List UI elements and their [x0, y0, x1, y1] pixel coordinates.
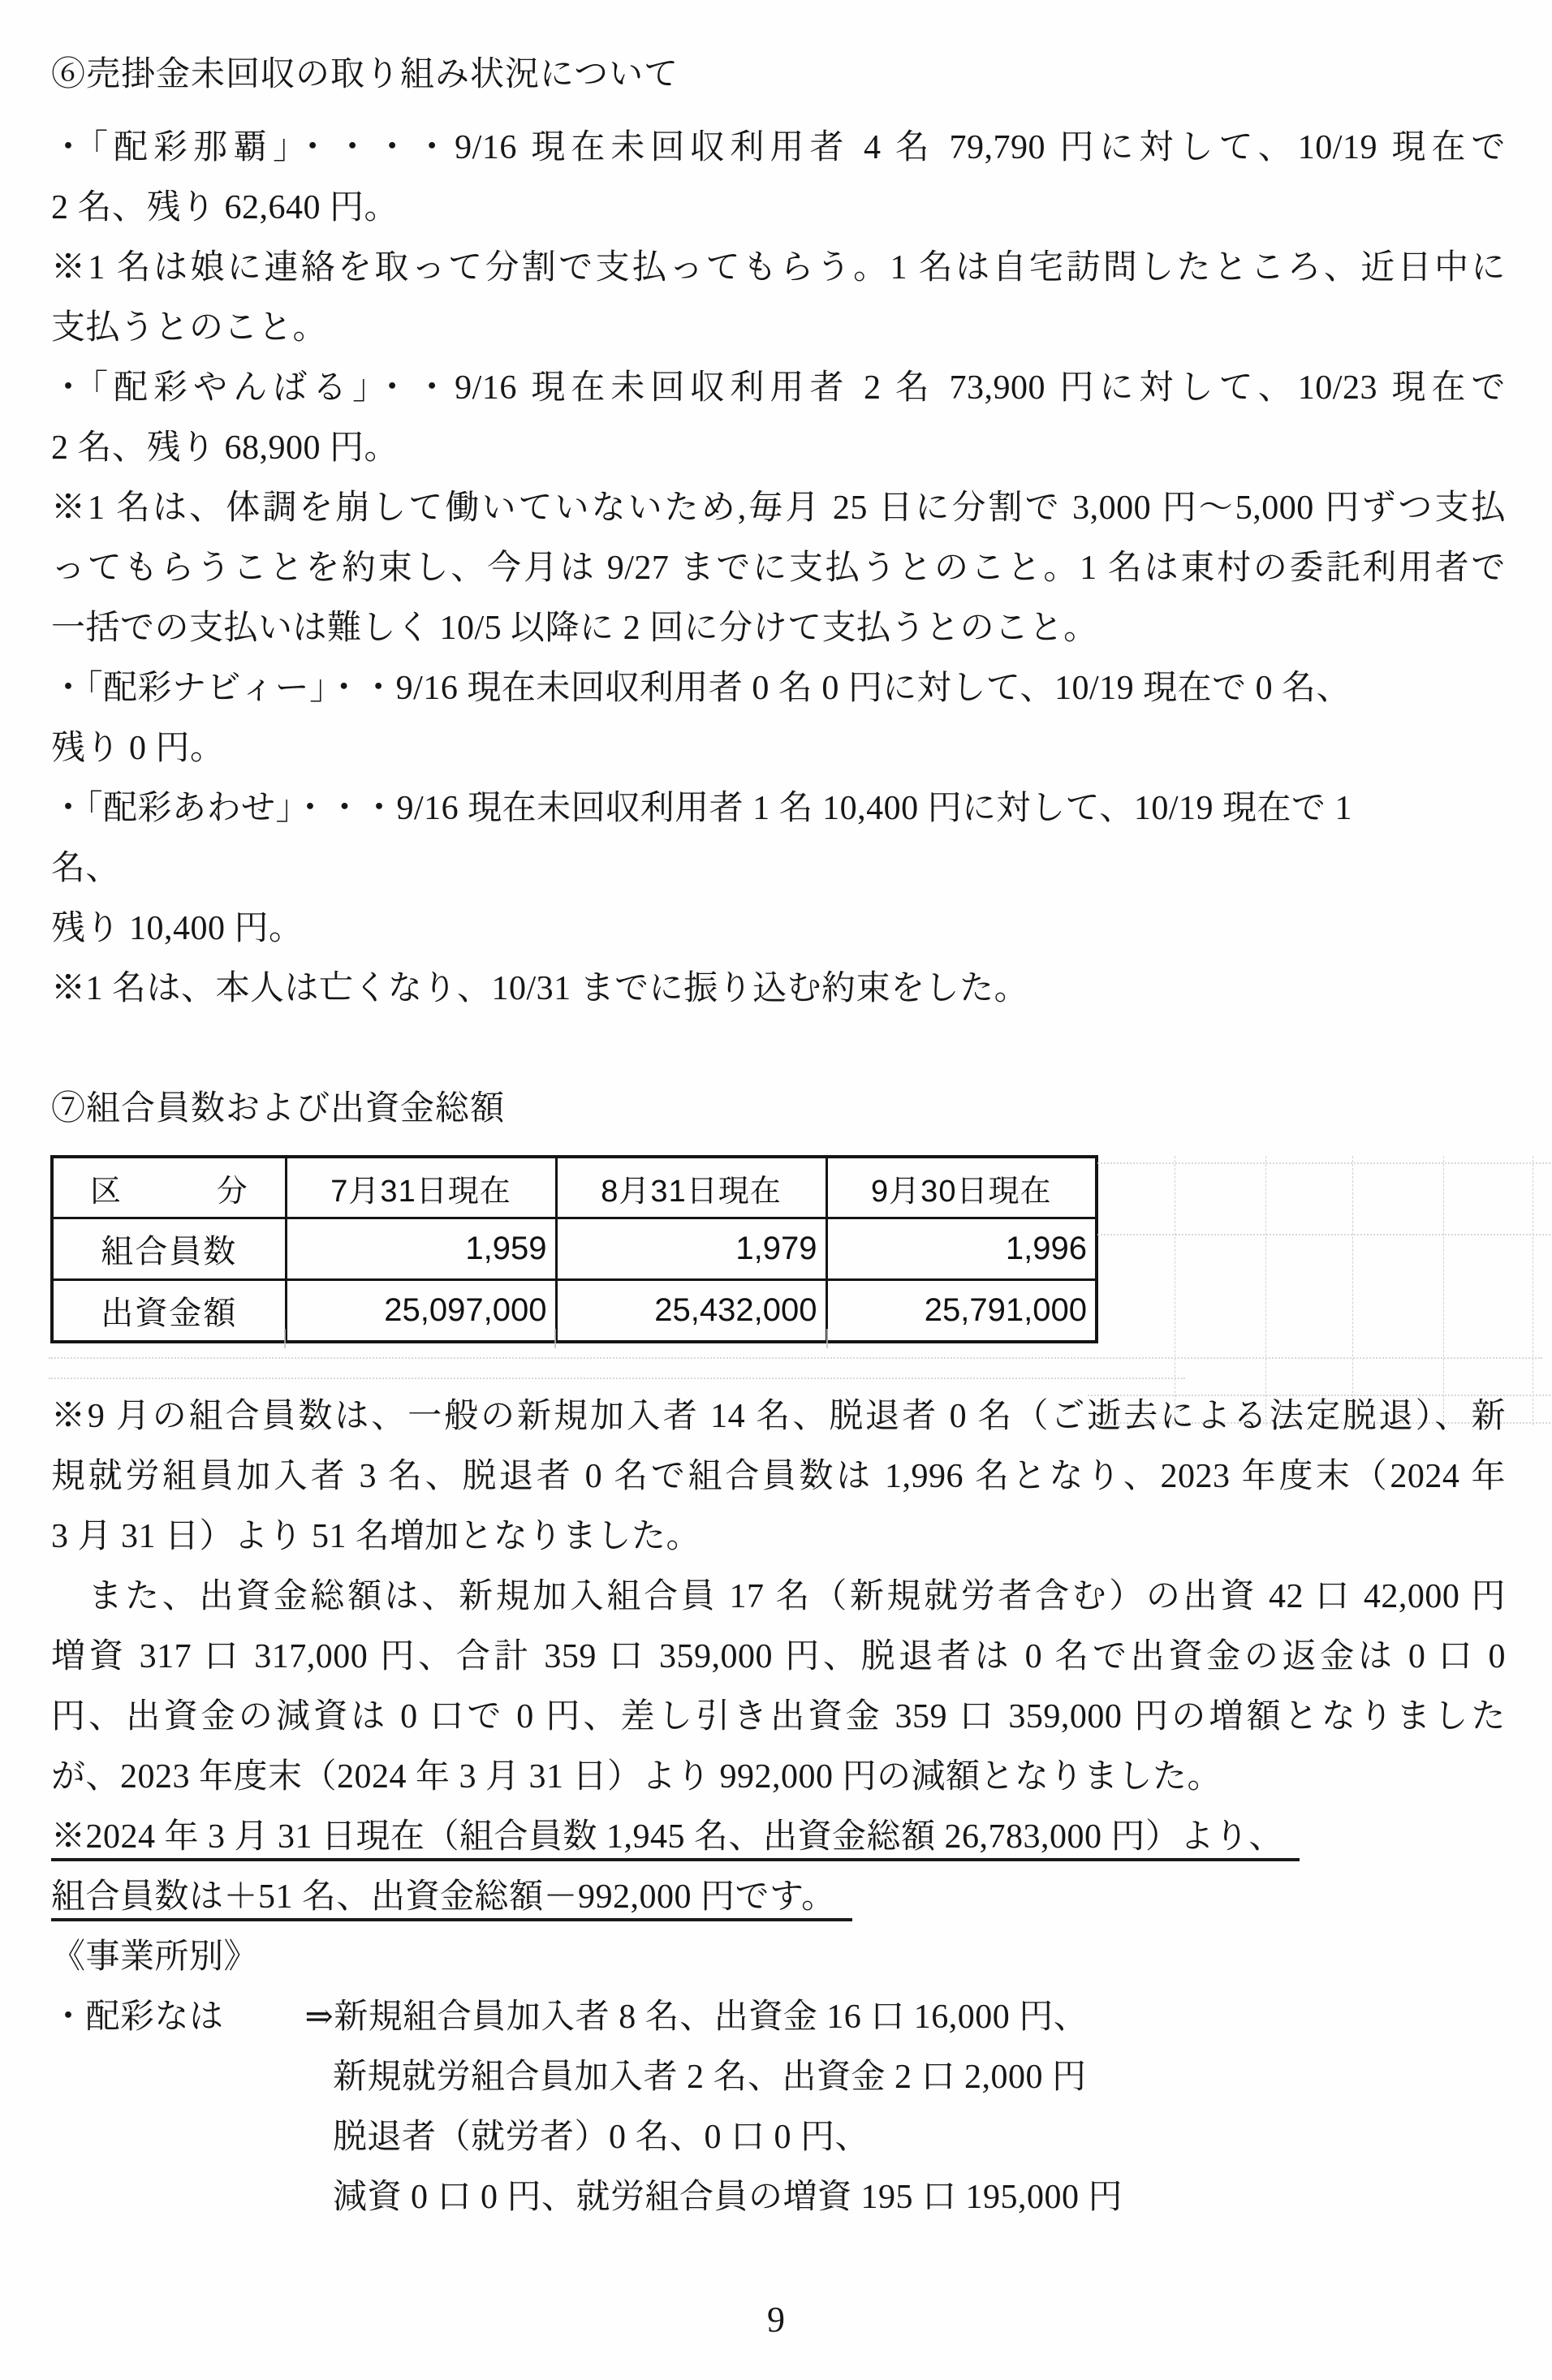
section6-line: ってもらうことを約束し、今月は 9/27 までに支払うとのこと。1 名は東村の委…: [51, 538, 1506, 598]
table-row-members: 組合員数 1,959 1,979 1,996: [52, 1218, 1097, 1280]
scan-artifact-grid-line: [1097, 1234, 1550, 1235]
blank-line: [51, 1019, 1506, 1079]
members-july: 1,959: [286, 1218, 556, 1280]
section6-line: 残り 0 円。: [51, 718, 1506, 778]
note-line: 規就労組員加入者 3 名、脱退者 0 名で組合員数は 1,996 名となり、20…: [51, 1447, 1506, 1507]
note-line: 円、出資金の減資は 0 口で 0 円、差し引き出資金 359 口 359,000…: [51, 1687, 1506, 1747]
investment-july: 25,097,000: [286, 1280, 556, 1343]
table-header-july: 7月31日現在: [286, 1157, 556, 1218]
table-header-september: 9月30日現在: [826, 1157, 1097, 1218]
note-line: 増資 317 口 317,000 円、合計 359 口 359,000 円、脱退…: [51, 1627, 1506, 1687]
scan-artifact-grid-line: [49, 1357, 1542, 1359]
row-label-investment: 出資金額: [52, 1280, 286, 1343]
page-number: 9: [0, 2299, 1552, 2340]
section6-line: 2 名、残り 62,640 円。: [51, 178, 1506, 238]
office-detail-line: 脱退者（就労者）0 名、0 口 0 円、: [51, 2107, 1506, 2167]
scan-artifact-grid-line: [1265, 1156, 1266, 1425]
scan-artifact-grid-line: [1443, 1156, 1444, 1425]
scan-artifact-grid-line: [1175, 1156, 1175, 1425]
office-haisai-naha-line: ・配彩なは ⇒新規組合員加入者 8 名、出資金 16 口 16,000 円、: [51, 1987, 1506, 2047]
investment-august: 25,432,000: [556, 1280, 826, 1343]
section6-line: ※1 名は、体調を崩して働いていないため,毎月 25 日に分割で 3,000 円…: [51, 478, 1506, 538]
section6-line: ・「配彩あわせ」・・・9/16 現在未回収利用者 1 名 10,400 円に対し…: [51, 778, 1506, 839]
note-line: 3 月 31 日）より 51 名増加となりました。: [51, 1507, 1506, 1567]
section6-line: ・「配彩やんばる」・・9/16 現在未回収利用者 2 名 73,900 円に対し…: [51, 358, 1506, 418]
section6-line: 名、: [51, 839, 1506, 899]
note-line-underlined: 組合員数は＋51 名、出資金総額－992,000 円です。: [51, 1867, 1506, 1927]
scanned-document-page: ⑥売掛金未回収の取り組み状況について ・「配彩那覇」・・・・9/16 現在未回収…: [0, 0, 1552, 2380]
section6-line: 支払うとのこと。: [51, 298, 1506, 358]
office-label: ・配彩なは: [51, 1987, 224, 2047]
note-line: また、出資金総額は、新規加入組合員 17 名（新規就労者含む）の出資 42 口 …: [51, 1567, 1506, 1627]
members-september: 1,996: [826, 1218, 1097, 1280]
section6-line: ・「配彩那覇」・・・・9/16 現在未回収利用者 4 名 79,790 円に対し…: [51, 118, 1506, 178]
section6-line: ※1 名は、本人は亡くなり、10/31 までに振り込む約束をした。: [51, 959, 1506, 1019]
office-detail-line: 新規就労組合員加入者 2 名、出資金 2 口 2,000 円: [51, 2047, 1506, 2107]
table-header-row: 区 分 7月31日現在 8月31日現在 9月30日現在: [52, 1157, 1097, 1218]
note-line: が、2023 年度末（2024 年 3 月 31 日）より 992,000 円の…: [51, 1747, 1506, 1807]
section6-line: 2 名、残り 68,900 円。: [51, 418, 1506, 478]
members-august: 1,979: [556, 1218, 826, 1280]
section7-notes-block: ※9 月の組合員数は、一般の新規加入者 14 名、脱退者 0 名（ご逝去による法…: [51, 1386, 1506, 2227]
underlined-text: ※2024 年 3 月 31 日現在（組合員数 1,945 名、出資金総額 26…: [51, 1818, 1300, 1861]
scan-artifact-grid-line: [49, 1378, 1185, 1379]
table-header-august: 8月31日現在: [556, 1157, 826, 1218]
office-arrow-text: ⇒新規組合員加入者 8 名、出資金 16 口 16,000 円、: [305, 1987, 1089, 2047]
table-header-category: 区 分: [52, 1157, 286, 1218]
note-line-underlined: ※2024 年 3 月 31 日現在（組合員数 1,945 名、出資金総額 26…: [51, 1807, 1506, 1867]
section6-line: 残り 10,400 円。: [51, 899, 1506, 959]
table-row-investment: 出資金額 25,097,000 25,432,000 25,791,000: [52, 1280, 1097, 1343]
section7-heading: ⑦組合員数および出資金総額: [51, 1079, 1506, 1139]
section6-text-block: ⑥売掛金未回収の取り組み状況について ・「配彩那覇」・・・・9/16 現在未回収…: [51, 45, 1506, 1139]
section6-line: ・「配彩ナビィー」・・9/16 現在未回収利用者 0 名 0 円に対して、10/…: [51, 658, 1506, 718]
membership-investment-table: 区 分 7月31日現在 8月31日現在 9月30日現在 組合員数 1,959 1…: [50, 1155, 1098, 1343]
section6-heading: ⑥売掛金未回収の取り組み状況について: [51, 45, 1506, 105]
scan-artifact-grid-line: [1352, 1156, 1353, 1425]
investment-september: 25,791,000: [826, 1280, 1097, 1343]
section6-line: ※1 名は娘に連絡を取って分割で支払ってもらう。1 名は自宅訪問したところ、近日…: [51, 238, 1506, 298]
row-label-members: 組合員数: [52, 1218, 286, 1280]
office-detail-line: 減資 0 口 0 円、就労組合員の増資 195 口 195,000 円: [51, 2167, 1506, 2227]
scan-artifact-grid-line: [1533, 1156, 1533, 1425]
scan-artifact-grid-line: [1097, 1162, 1550, 1164]
note-line: ※9 月の組合員数は、一般の新規加入者 14 名、脱退者 0 名（ご逝去による法…: [51, 1386, 1506, 1447]
section6-line: 一括での支払いは難しく 10/5 以降に 2 回に分けて支払うとのこと。: [51, 598, 1506, 658]
note-line: 《事業所別》: [51, 1927, 1506, 1987]
underlined-text: 組合員数は＋51 名、出資金総額－992,000 円です。: [51, 1878, 852, 1921]
